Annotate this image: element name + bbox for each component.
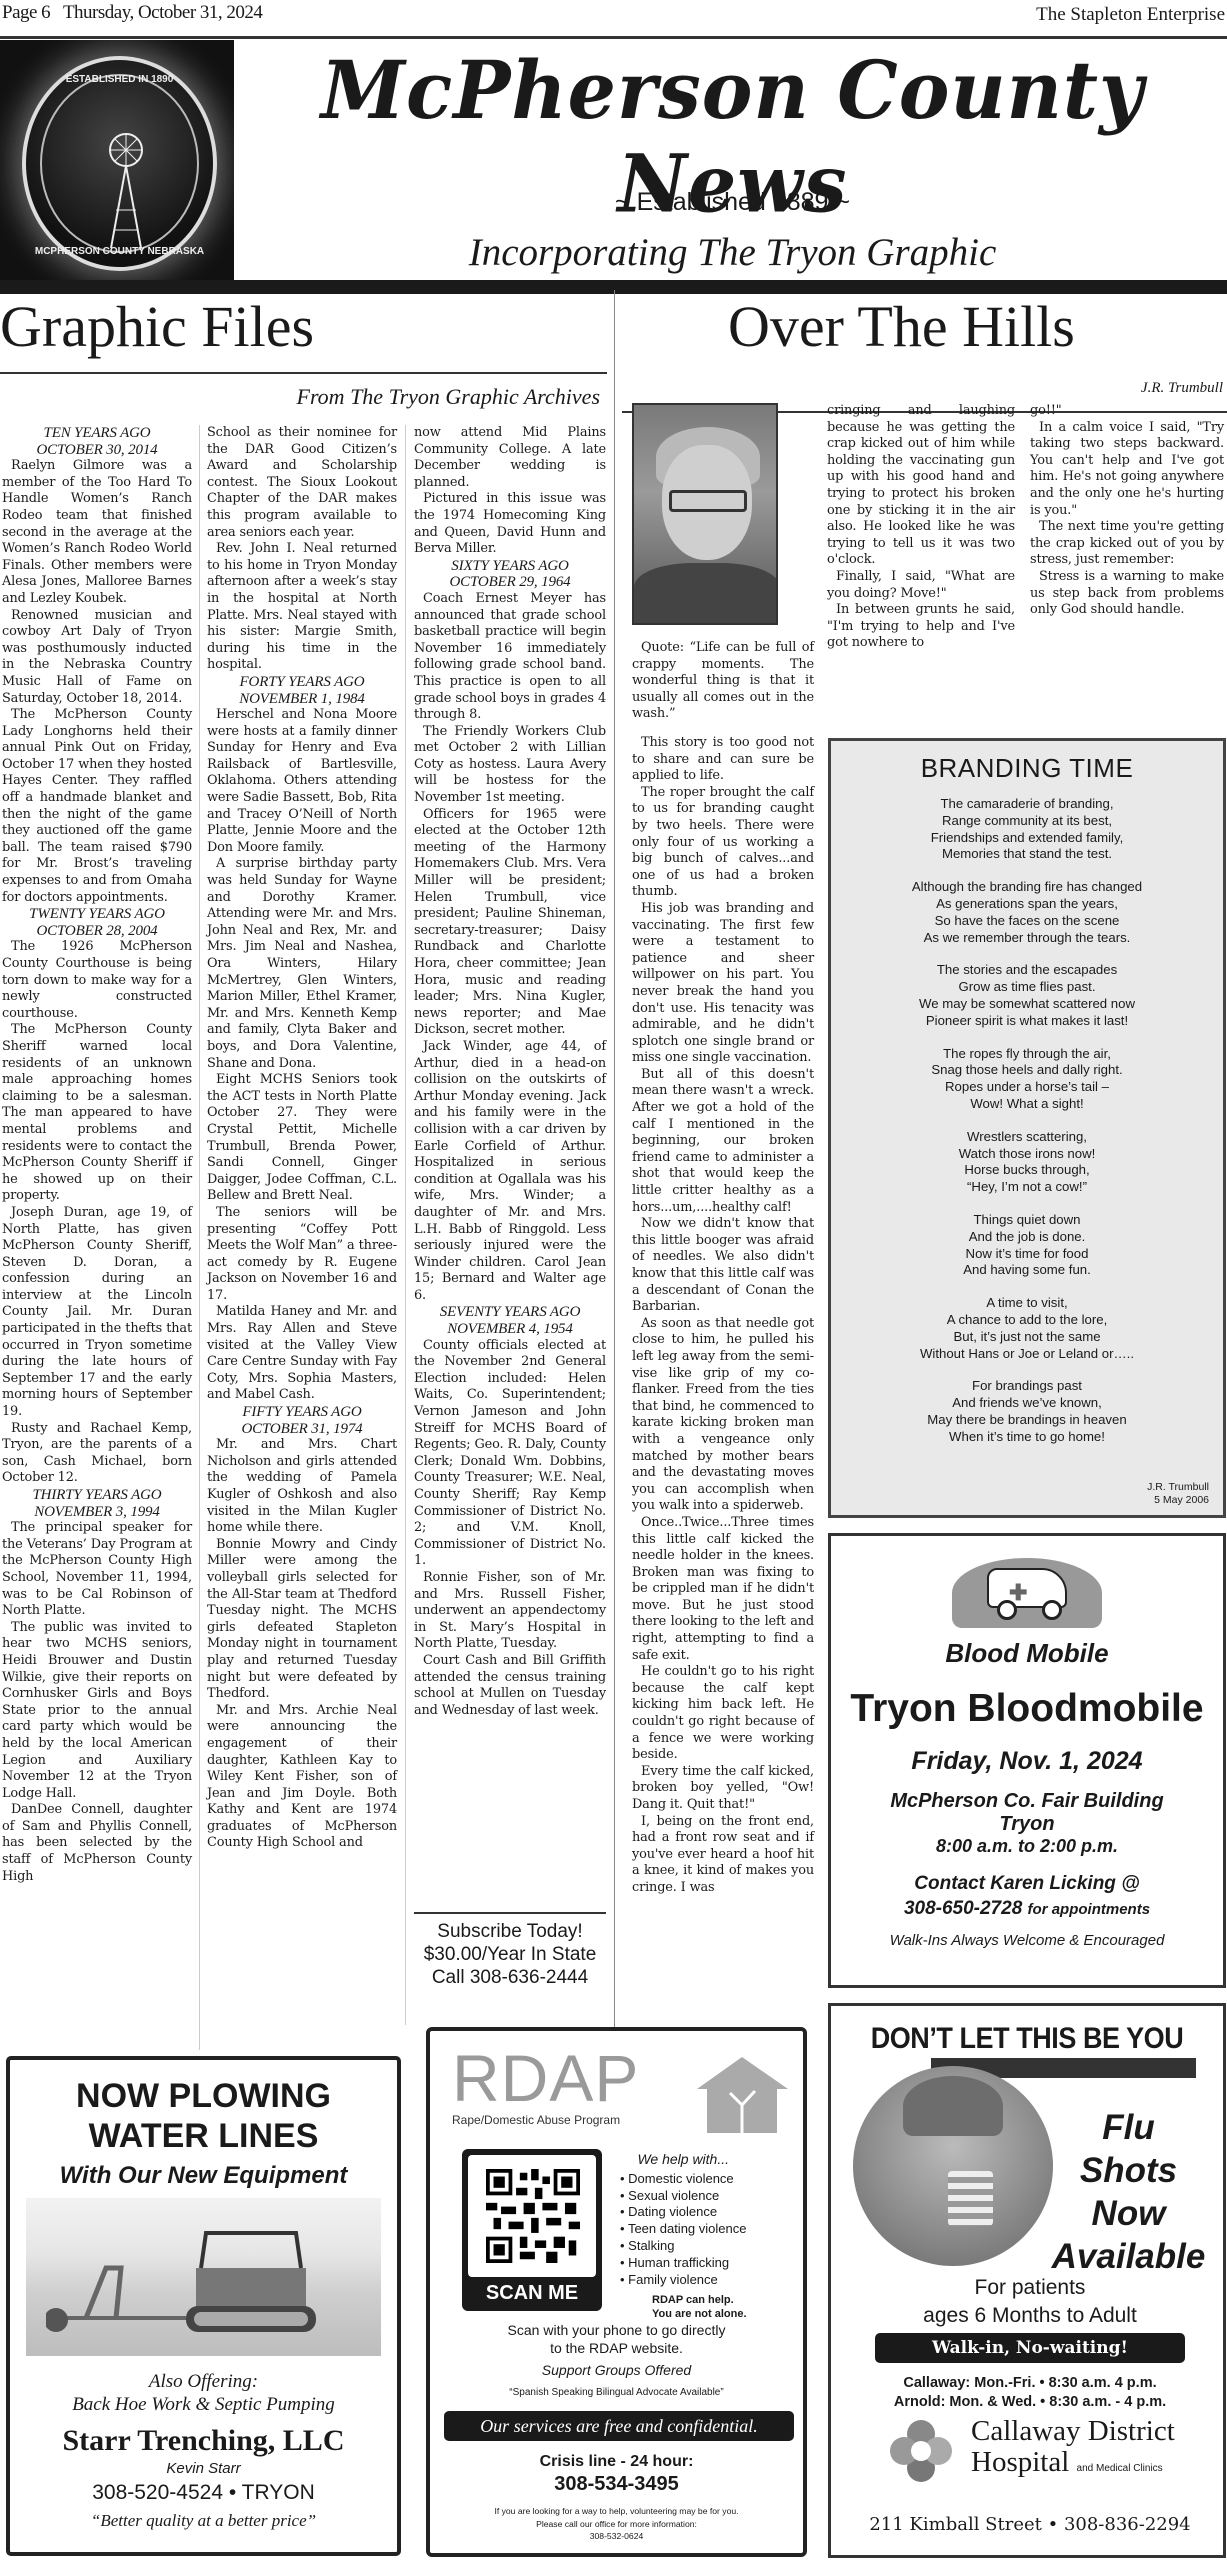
poem-line: Snag those heels and dally right. <box>831 1062 1223 1079</box>
paragraph: Every time the calf kicked, broken boy y… <box>632 1764 814 1814</box>
bloodmobile-ad: ✚ Blood Mobile Tryon Bloodmobile Friday,… <box>828 1533 1226 1988</box>
bloodmobile-location: McPherson Co. Fair Building Tryon <box>831 1790 1223 1836</box>
masthead: ESTABLISHED IN 1890 MCPHERSON COUNTY NEB… <box>0 40 1227 280</box>
paragraph: Finally, I said, "What are you doing? Mo… <box>827 569 1015 602</box>
bloodmobile-date: Friday, Nov. 1, 2024 <box>831 1747 1223 1776</box>
company-slogan: “Better quality at a better price” <box>10 2511 397 2531</box>
poem-date: 5 May 2006 <box>1147 1494 1209 1507</box>
crisis-line: Crisis line - 24 hour: 308-534-3495 <box>430 2451 803 2495</box>
poem-line: So have the faces on the scene <box>831 913 1223 930</box>
poem-signature: J.R. Trumbull 5 May 2006 <box>1147 1481 1209 1507</box>
headline-line: NOW PLOWING <box>10 2076 397 2116</box>
paragraph: Rusty and Rachael Kemp, Tryon, are the p… <box>2 1421 192 1487</box>
branding-time-poem: BRANDING TIME The camaraderie of brandin… <box>828 738 1226 1518</box>
paragraph: A surprise birthday party was held Sunda… <box>207 856 397 1072</box>
graphic-files-title: Graphic Files <box>0 298 314 356</box>
poem-line: The ropes fly through the air, <box>831 1046 1223 1063</box>
flu-big-line: Now <box>1031 2192 1226 2235</box>
windmill-icon <box>96 130 156 250</box>
paragraph: In between grunts he said, "I'm trying t… <box>827 602 1015 652</box>
starr-headline: NOW PLOWING WATER LINES <box>10 2076 397 2156</box>
folio-line: Page 6 Thursday, October 31, 2024 The St… <box>0 0 1227 34</box>
over-the-hills-column-2: cringing and laughing because he was get… <box>827 403 1015 652</box>
rdap-logo-subtitle: Rape/Domestic Abuse Program <box>452 2113 620 2127</box>
paragraph: Eight MCHS Seniors took the ACT tests in… <box>207 1072 397 1205</box>
ages-line: ages 6 Months to Adult <box>831 2302 1227 2330</box>
also-offering-label: Also Offering: <box>10 2370 397 2393</box>
hospital-name-line2: Hospital <box>971 2446 1069 2478</box>
paragraph: Joseph Duran, age 19, of North Platte, h… <box>2 1205 192 1421</box>
poem-line: The stories and the escapades <box>831 962 1223 979</box>
hospital-suffix: and Medical Clinics <box>1077 2463 1163 2474</box>
archive-heading: FORTY YEARS AGO <box>207 674 397 691</box>
seal-ring: ESTABLISHED IN 1890 MCPHERSON COUNTY NEB… <box>22 56 217 271</box>
paragraph: School as their nominee for the DAR Good… <box>207 425 397 541</box>
poem-line: A time to visit, <box>831 1295 1223 1312</box>
bloodmobile-title: Tryon Bloodmobile <box>831 1687 1223 1731</box>
poem-line: And having some fun. <box>831 1262 1223 1279</box>
help-item: Teen dating violence <box>620 2221 746 2238</box>
issue-date: Thursday, October 31, 2024 <box>63 2 262 23</box>
poem-line: Without Hans or Joe or Leland or….. <box>831 1346 1223 1363</box>
sick-woman-photo <box>853 2066 1053 2266</box>
subscribe-price: $30.00/Year In State <box>414 1943 606 1966</box>
subscribe-rule <box>414 1912 606 1914</box>
help-title: We help with... <box>620 2151 746 2168</box>
paragraph: Herschel and Nona Moore were hosts at a … <box>207 707 397 856</box>
poem-line: Pioneer spirit is what makes it last! <box>831 1013 1223 1030</box>
archive-heading: OCTOBER 30, 2014 <box>2 442 192 459</box>
patients-line: For patients <box>831 2274 1227 2302</box>
top-rule <box>0 36 1227 39</box>
flu-big-line: Flu <box>1031 2106 1226 2149</box>
help-item: Sexual violence <box>620 2188 746 2205</box>
paragraph: Coach Ernest Meyer has announced that gr… <box>414 591 606 724</box>
photo-hat <box>903 2076 1003 2136</box>
paragraph: This story is too good not to share and … <box>632 735 814 785</box>
poem-line: Wrestlers scattering, <box>831 1129 1223 1146</box>
scan-me-label: SCAN ME <box>462 2282 602 2305</box>
help-item: Human trafficking <box>620 2255 746 2272</box>
poem-line: And friends we’ve known, <box>831 1395 1223 1412</box>
poem-line: May there be brandings in heaven <box>831 1412 1223 1429</box>
subscribe-headline: Subscribe Today! <box>414 1920 606 1943</box>
paragraph: Matilda Haney and Mr. and Mrs. Ray Allen… <box>207 1304 397 1404</box>
patient-ages: For patients ages 6 Months to Adult <box>831 2274 1227 2330</box>
paragraph: The 1926 McPherson County Courthouse is … <box>2 939 192 1022</box>
rdap-can-help: RDAP can help. You are not alone. <box>652 2293 747 2321</box>
headline-line: WATER LINES <box>10 2116 397 2156</box>
archive-heading: FIFTY YEARS AGO <box>207 1404 397 1421</box>
paragraph: Bonnie Mowry and Cindy Miller were among… <box>207 1537 397 1703</box>
help-item: Stalking <box>620 2238 746 2255</box>
over-the-hills-title: Over The Hills <box>728 298 1075 356</box>
paragraph: Court Cash and Bill Griffith attended th… <box>414 1653 606 1719</box>
paragraph: The roper brought the calf to us for bra… <box>632 785 814 901</box>
paragraph: The McPherson County Sheriff warned loca… <box>2 1022 192 1205</box>
photo-mug <box>948 2171 993 2226</box>
poem-line: We may be somewhat scattered now <box>831 996 1223 1013</box>
archive-heading: NOVEMBER 3, 1994 <box>2 1504 192 1521</box>
graphic-files-column-2: School as their nominee for the DAR Good… <box>207 425 397 1852</box>
photo-shirt <box>634 563 778 623</box>
poem-stanza: The camaraderie of branding,Range commun… <box>831 796 1223 863</box>
poem-line: A chance to add to the lore, <box>831 1312 1223 1329</box>
crisis-phone: 308-534-3495 <box>430 2473 803 2495</box>
contact-phone: 308-650-2728 <box>904 1898 1022 1919</box>
paragraph: now attend Mid Plains Community College.… <box>414 425 606 491</box>
van-wheel <box>997 1600 1017 1620</box>
help-list: We help with... Domestic violenceSexual … <box>620 2151 746 2288</box>
starr-trenching-ad: NOW PLOWING WATER LINES With Our New Equ… <box>6 2056 401 2556</box>
contact-name: Contact Karen Licking @ <box>831 1871 1223 1896</box>
poem-stanza: Wrestlers scattering,Watch those irons n… <box>831 1129 1223 1196</box>
poem-line: Memories that stand the test. <box>831 846 1223 863</box>
author-photo <box>632 403 778 625</box>
paragraph: But all of this doesn't mean there wasn'… <box>632 1067 814 1216</box>
poem-stanza: Things quiet downAnd the job is done.Now… <box>831 1212 1223 1279</box>
page-number: Page 6 <box>2 2 50 23</box>
author-byline: J.R. Trumbull <box>1141 380 1223 397</box>
paragraph: Renowned musician and cowboy Art Daly of… <box>2 608 192 708</box>
poem-stanza: The ropes fly through the air,Snag those… <box>831 1046 1223 1113</box>
column-quote: Quote: “Life can be full of crappy momen… <box>632 640 814 723</box>
paragraph: The principal speaker for the Veterans’ … <box>2 1520 192 1620</box>
scan-instructions: Scan with your phone to go directly to t… <box>430 2321 803 2357</box>
help-item: Domestic violence <box>620 2171 746 2188</box>
scan-text-line: to the RDAP website. <box>430 2339 803 2357</box>
rdap-ad: RDAP Rape/Domestic Abuse Program SCAN ME… <box>426 2027 807 2557</box>
paragraph: Mr. and Mrs. Chart Nicholson and girls a… <box>207 1437 397 1537</box>
walkins-note: Walk-Ins Always Welcome & Encouraged <box>831 1932 1223 1949</box>
poem-line: Things quiet down <box>831 1212 1223 1229</box>
paragraph: Officers for 1965 were elected at the Oc… <box>414 807 606 1039</box>
paragraph: Raelyn Gilmore was a member of the Too H… <box>2 458 192 607</box>
services-line: Back Hoe Work & Septic Pumping <box>10 2393 397 2416</box>
paragraph: Stress is a warning to make us step back… <box>1030 569 1224 619</box>
seal-text-top: ESTABLISHED IN 1890 <box>26 74 213 85</box>
poem-line: The camaraderie of branding, <box>831 796 1223 813</box>
paragraph: Mr. and Mrs. Archie Neal were announcing… <box>207 1703 397 1852</box>
scan-text-line: Scan with your phone to go directly <box>430 2321 803 2339</box>
poem-line: For brandings past <box>831 1378 1223 1395</box>
not-alone-line: You are not alone. <box>652 2307 747 2321</box>
poem-line: Friendships and extended family, <box>831 830 1223 847</box>
can-help-line: RDAP can help. <box>652 2293 747 2307</box>
archive-heading: OCTOBER 28, 2004 <box>2 923 192 940</box>
clinic-hours: Callaway: Mon.-Fri. • 8:30 a.m. 4 p.m. A… <box>831 2374 1227 2412</box>
paragraph: DanDee Connell, daughter of Sam and Phyl… <box>2 1802 192 1885</box>
archive-heading: TEN YEARS AGO <box>2 425 192 442</box>
hospital-logo-icon <box>886 2416 956 2486</box>
poem-line: Horse bucks through, <box>831 1162 1223 1179</box>
starr-subhead: With Our New Equipment <box>10 2162 397 2190</box>
poem-line: Range community at its best, <box>831 813 1223 830</box>
established-line: ~ Established 1889 ~ <box>240 188 1225 217</box>
poem-line: Watch those irons now! <box>831 1146 1223 1163</box>
also-offering: Also Offering: Back Hoe Work & Septic Pu… <box>10 2370 397 2416</box>
page-number-and-date: Page 6 Thursday, October 31, 2024 <box>2 2 262 24</box>
poem-stanzas: The camaraderie of branding,Range commun… <box>831 796 1223 1446</box>
owner-name: Kevin Starr <box>10 2460 397 2477</box>
paragraph: The seniors will be presenting “Coffey P… <box>207 1205 397 1305</box>
column-divider <box>405 425 406 2025</box>
seal-text-bottom: MCPHERSON COUNTY NEBRASKA <box>26 246 213 257</box>
bloodmobile-contact: Contact Karen Licking @ 308-650-2728 for… <box>831 1871 1223 1922</box>
plow-implement-icon <box>46 2258 186 2338</box>
paragraph: Pictured in this issue was the 1974 Home… <box>414 491 606 557</box>
paragraph: The McPherson County Lady Longhorns held… <box>2 707 192 906</box>
crisis-label: Crisis line - 24 hour: <box>430 2451 803 2473</box>
poem-stanza: The stories and the escapadesGrow as tim… <box>831 962 1223 1029</box>
paragraph: go!!" <box>1030 403 1224 420</box>
trenching-equipment-photo <box>26 2198 381 2356</box>
poem-title: BRANDING TIME <box>831 753 1223 784</box>
poem-stanza: A time to visit,A chance to add to the l… <box>831 1295 1223 1362</box>
county-seal-logo: ESTABLISHED IN 1890 MCPHERSON COUNTY NEB… <box>0 40 234 280</box>
poem-line: “Hey, I’m not a cow!” <box>831 1179 1223 1196</box>
flu-big-line: Available <box>1031 2235 1226 2278</box>
poem-line: Now it’s time for food <box>831 1246 1223 1263</box>
company-name: Starr Trenching, LLC <box>10 2424 397 2458</box>
callaway-hours: Callaway: Mon.-Fri. • 8:30 a.m. 4 p.m. <box>831 2374 1227 2393</box>
poem-line: But, it’s just not the same <box>831 1329 1223 1346</box>
photo-glasses <box>669 490 747 512</box>
volunteer-line: Please call our office for more informat… <box>430 2518 803 2531</box>
publication-name: The Stapleton Enterprise <box>1036 4 1225 26</box>
graphic-files-column-1: TEN YEARS AGOOCTOBER 30, 2014Raelyn Gilm… <box>2 425 192 1885</box>
arnold-hours: Arnold: Mon. & Wed. • 8:30 a.m. - 4 p.m. <box>831 2393 1227 2412</box>
poem-line: When it’s time to go home! <box>831 1429 1223 1446</box>
hospital-name: Callaway District Hospital and Medical C… <box>971 2416 1175 2484</box>
paragraph: The Friendly Workers Club met October 2 … <box>414 724 606 807</box>
house-tree-icon <box>695 2055 790 2135</box>
archive-heading: OCTOBER 31, 1974 <box>207 1421 397 1438</box>
office-phone: 308-532-0624 <box>430 2530 803 2543</box>
subscribe-phone: Call 308-636-2444 <box>414 1966 606 1989</box>
qr-code-box[interactable]: SCAN ME <box>462 2149 602 2311</box>
bloodmobile-van-icon: ✚ <box>952 1558 1102 1628</box>
company-phone: 308-520-4524 • TRYON <box>10 2481 397 2505</box>
hospital-name-line1: Callaway District <box>971 2416 1175 2447</box>
archive-heading: NOVEMBER 1, 1984 <box>207 691 397 708</box>
hospital-address: 211 Kimball Street • 308-836-2294 <box>831 2514 1227 2535</box>
location-building: McPherson Co. Fair Building <box>831 1790 1223 1813</box>
spanish-advocate: “Spanish Speaking Bilingual Advocate Ava… <box>430 2387 803 2398</box>
volunteer-line: If you are looking for a way to help, vo… <box>430 2505 803 2518</box>
flu-shots-ad: DON’T LET THIS BE YOU Flu Shots Now Avai… <box>828 2003 1226 2558</box>
graphic-files-column-3: now attend Mid Plains Community College.… <box>414 425 606 1719</box>
poem-author: J.R. Trumbull <box>1147 1481 1209 1494</box>
poem-line: Although the branding fire has changed <box>831 879 1223 896</box>
subscribe-box: Subscribe Today! $30.00/Year In State Ca… <box>414 1920 606 1989</box>
blood-mobile-logo-text: Blood Mobile <box>831 1638 1223 1669</box>
poem-stanza: For brandings pastAnd friends we’ve know… <box>831 1378 1223 1445</box>
incorporating-line: Incorporating The Tryon Graphic <box>240 230 1225 275</box>
paragraph: I, being on the front end, had a front r… <box>632 1814 814 1897</box>
poem-line: As generations span the years, <box>831 896 1223 913</box>
poem-line: Wow! What a sight! <box>831 1096 1223 1113</box>
location-town: Tryon <box>831 1813 1223 1836</box>
flu-big-line: Shots <box>1031 2149 1226 2192</box>
poem-line: Grow as time flies past. <box>831 979 1223 996</box>
walkin-banner: Walk-in, No-waiting! <box>875 2333 1185 2363</box>
graphic-files-subtitle: From The Tryon Graphic Archives <box>0 384 600 410</box>
bulldozer-icon <box>176 2228 326 2338</box>
over-the-hills-column-1: This story is too good not to share and … <box>632 735 814 1897</box>
help-item: Dating violence <box>620 2204 746 2221</box>
bloodmobile-time: 8:00 a.m. to 2:00 p.m. <box>831 1836 1223 1857</box>
over-the-hills-column-3: go!!"In a calm voice I said, "Try taking… <box>1030 403 1224 619</box>
archive-heading: SEVENTY YEARS AGO <box>414 1304 606 1321</box>
poem-line: Ropes under a horse’s tail – <box>831 1079 1223 1096</box>
help-items: Domestic violenceSexual violenceDating v… <box>620 2171 746 2289</box>
archive-heading: TWENTY YEARS AGO <box>2 906 192 923</box>
paragraph: Once..Twice...Three times this little ca… <box>632 1515 814 1664</box>
contact-suffix: for appointments <box>1028 1901 1151 1918</box>
rdap-logo: RDAP <box>452 2045 639 2111</box>
flu-shots-available: Flu Shots Now Available <box>1031 2106 1226 2278</box>
archive-heading: SIXTY YEARS AGO <box>414 558 606 575</box>
paragraph: County officials elected at the November… <box>414 1338 606 1570</box>
paragraph: Rev. John I. Neal returned to his home i… <box>207 541 397 674</box>
section-divider <box>614 290 615 2030</box>
paragraph: cringing and laughing because he was get… <box>827 403 1015 569</box>
paragraph: Ronnie Fisher, son of Mr. and Mrs. Russe… <box>414 1570 606 1653</box>
paragraph: Now we didn't know that this little boog… <box>632 1216 814 1316</box>
archive-heading: THIRTY YEARS AGO <box>2 1487 192 1504</box>
paragraph: The next time you're getting the crap ki… <box>1030 519 1224 569</box>
paragraph: The public was invited to hear two MCHS … <box>2 1620 192 1803</box>
paragraph: He couldn't go to his right because the … <box>632 1664 814 1764</box>
quote-text: Quote: “Life can be full of crappy momen… <box>632 640 814 723</box>
column-divider <box>199 425 200 2050</box>
archive-heading: OCTOBER 29, 1964 <box>414 574 606 591</box>
paragraph: Jack Winder, age 44, of Arthur, died in … <box>414 1039 606 1305</box>
poem-line: As we remember through the tears. <box>831 930 1223 947</box>
free-confidential-banner: Our services are free and confidential. <box>444 2411 794 2441</box>
support-groups: Support Groups Offered <box>430 2362 803 2378</box>
poem-stanza: Although the branding fire has changedAs… <box>831 879 1223 946</box>
flu-headline: DON’T LET THIS BE YOU <box>851 2022 1204 2056</box>
paragraph: As soon as that needle got close to him,… <box>632 1316 814 1515</box>
graphic-files-rule <box>0 372 607 374</box>
archive-heading: NOVEMBER 4, 1954 <box>414 1321 606 1338</box>
van-wheel <box>1042 1600 1062 1620</box>
qr-code-icon <box>486 2169 580 2263</box>
paragraph: His job was branding and vaccinating. Th… <box>632 901 814 1067</box>
poem-line: And the job is done. <box>831 1229 1223 1246</box>
volunteer-note: If you are looking for a way to help, vo… <box>430 2505 803 2543</box>
qr-inner <box>468 2155 596 2277</box>
paragraph: In a calm voice I said, "Try taking two … <box>1030 420 1224 520</box>
help-item: Family violence <box>620 2272 746 2289</box>
